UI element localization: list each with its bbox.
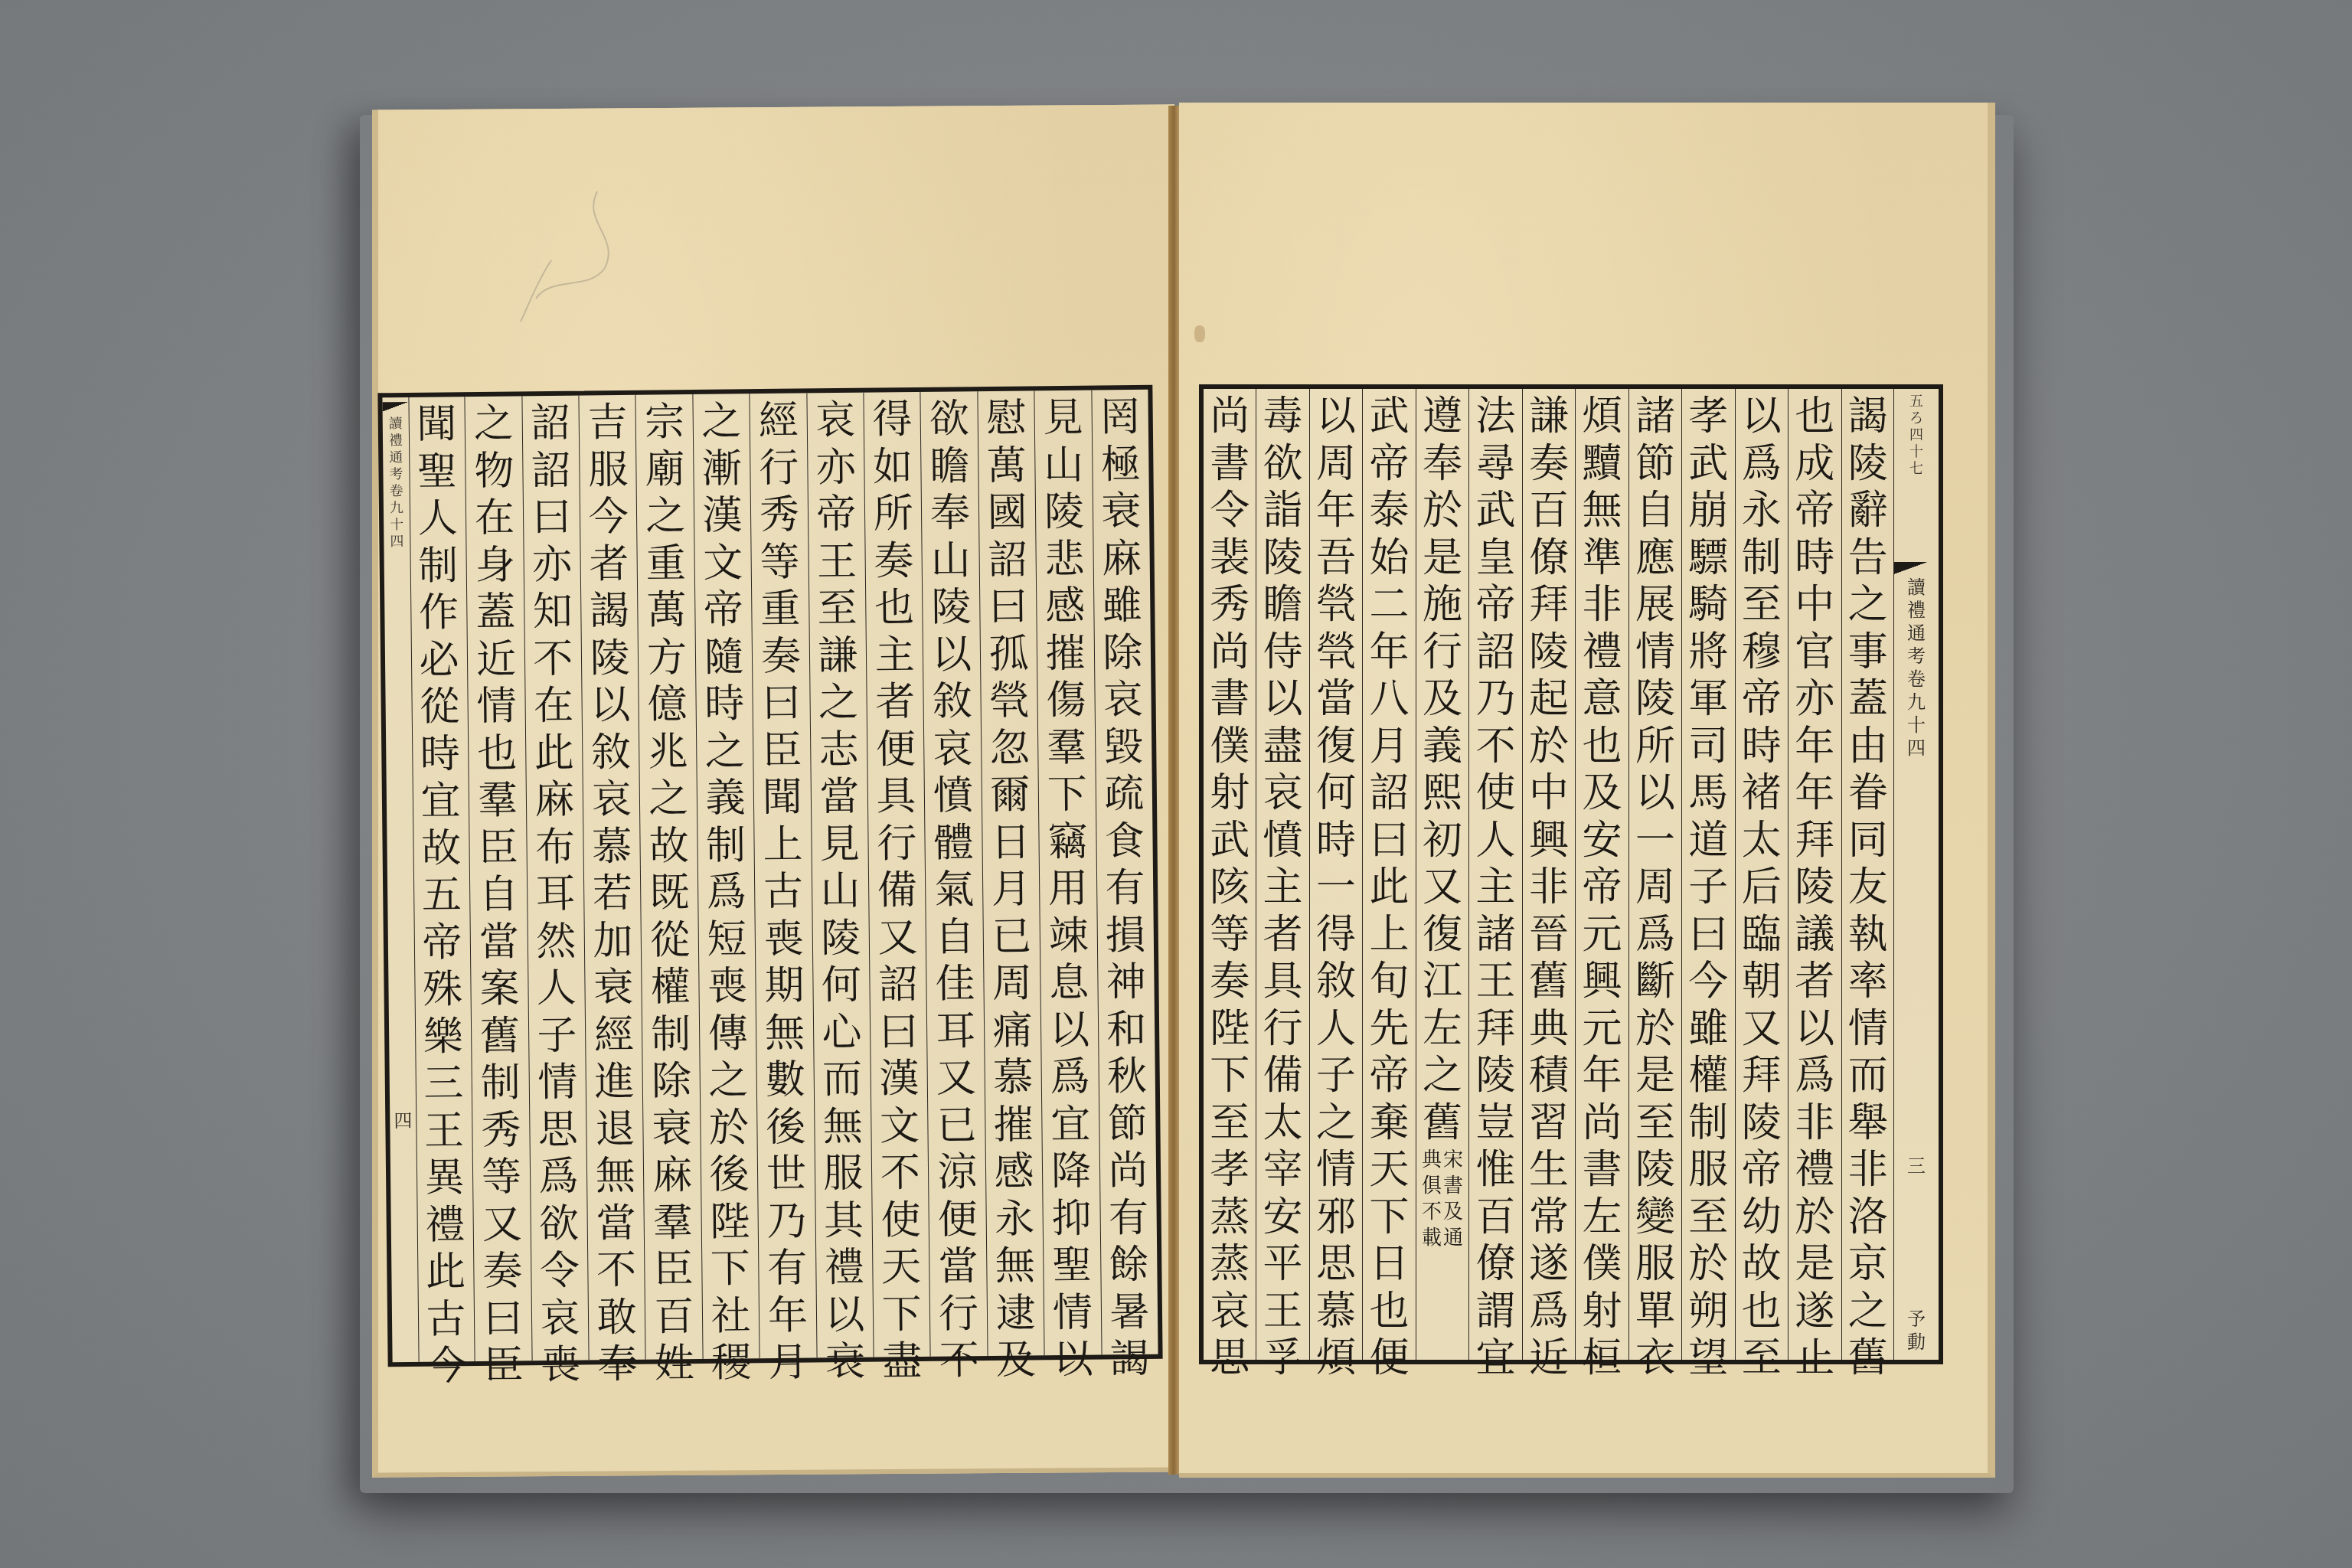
glyph: 由 bbox=[1842, 724, 1894, 771]
glyph: 四 bbox=[394, 1109, 412, 1132]
glyph: 之 bbox=[1842, 582, 1894, 629]
glyph: 臣 bbox=[645, 1246, 702, 1294]
glyph: 當 bbox=[588, 1200, 645, 1247]
glyph: 卷 bbox=[390, 483, 403, 500]
glyph: 舊 bbox=[1416, 1100, 1468, 1148]
glyph: 異 bbox=[416, 1155, 473, 1202]
glyph: 年 bbox=[1576, 1053, 1628, 1100]
glyph: 禮 bbox=[1788, 1147, 1841, 1194]
glyph: 制 bbox=[1736, 535, 1788, 583]
glyph: 此 bbox=[1363, 864, 1415, 912]
glyph: 當 bbox=[811, 774, 867, 822]
glyph: 加 bbox=[585, 917, 642, 965]
glyph: 子 bbox=[529, 1012, 586, 1060]
glyph: 使 bbox=[1469, 770, 1521, 818]
glyph: 爲 bbox=[530, 1154, 586, 1201]
glyph: 服 bbox=[1682, 1147, 1734, 1194]
glyph: 成 bbox=[1788, 441, 1841, 488]
glyph: 周 bbox=[984, 960, 1040, 1008]
glyph: 曰 bbox=[1363, 818, 1415, 865]
glyph: 無 bbox=[987, 1243, 1044, 1290]
glyph: 時 bbox=[1736, 724, 1788, 771]
glyph: 哀 bbox=[531, 1295, 588, 1342]
glyph: 詔 bbox=[870, 962, 926, 1009]
glyph: 太 bbox=[1256, 1100, 1308, 1148]
glyph: 遵 bbox=[1416, 394, 1468, 441]
glyph: 煩 bbox=[1576, 394, 1628, 441]
right-text-frame: 謁陵辭告之事蓋由眷同友執率情而舉非洛京之舊也成帝時中官亦年年拜陵議者以爲非禮於是… bbox=[1199, 384, 1943, 1364]
glyph: 極 bbox=[1093, 441, 1149, 488]
glyph: 制 bbox=[410, 543, 466, 590]
glyph: 五 bbox=[1909, 394, 1923, 410]
glyph: 侍 bbox=[1256, 629, 1308, 677]
glyph: 日 bbox=[1363, 1241, 1415, 1289]
glyph: 王 bbox=[1256, 1289, 1308, 1336]
glyph: 故 bbox=[1736, 1241, 1788, 1289]
glyph: 漢 bbox=[871, 1056, 928, 1103]
glyph: 二 bbox=[1363, 582, 1415, 629]
glyph: 帝 bbox=[1788, 488, 1841, 535]
glyph: 疏 bbox=[1096, 771, 1152, 818]
glyph: 下 bbox=[1204, 1053, 1256, 1100]
glyph: 麻 bbox=[644, 1152, 701, 1200]
left-margin-leaf-number: 四 bbox=[394, 1109, 412, 1132]
text-column: 慰萬國詔曰孤煢忽爾日月已周痛慕摧感永無逮及 bbox=[977, 390, 1044, 1356]
glyph: 通 bbox=[1907, 622, 1926, 645]
glyph: 瞻 bbox=[922, 443, 978, 491]
glyph: 考 bbox=[389, 466, 403, 483]
glyph: 拜 bbox=[1788, 818, 1841, 865]
glyph: 朝 bbox=[1736, 959, 1788, 1006]
glyph: 短 bbox=[698, 916, 755, 964]
glyph: 平 bbox=[1256, 1241, 1308, 1289]
glyph: 是 bbox=[1788, 1241, 1841, 1289]
glyph: 數 bbox=[757, 1057, 814, 1104]
glyph: 帝 bbox=[808, 492, 864, 539]
text-column: 毒欲詣陵瞻侍以盡哀憤主者具行備太宰安平王孚 bbox=[1256, 389, 1308, 1360]
glyph: 敘 bbox=[924, 678, 981, 726]
right-margin-top-note: 五ろ四十七 bbox=[1909, 394, 1923, 478]
glyph: 年 bbox=[1788, 724, 1841, 771]
text-column: 吉服今者謁陵以敘哀慕若加衰經進退無當不敢奉 bbox=[579, 395, 646, 1361]
glyph: 陵 bbox=[1788, 864, 1841, 912]
glyph: 衰 bbox=[817, 1339, 874, 1387]
glyph: 臣 bbox=[475, 1342, 532, 1390]
glyph: 令 bbox=[531, 1248, 588, 1295]
glyph: 億 bbox=[639, 681, 696, 729]
glyph: 姓 bbox=[646, 1341, 703, 1388]
glyph: 謙 bbox=[809, 632, 866, 680]
glyph: 羣 bbox=[469, 777, 526, 825]
glyph: 尋 bbox=[1469, 441, 1521, 488]
glyph: 喪 bbox=[699, 963, 756, 1011]
glyph: 動 bbox=[1907, 1331, 1926, 1354]
glyph: 故 bbox=[641, 823, 697, 871]
text-column: 煩黷無準非禮意也及安帝元興元年尚書左僕射桓 bbox=[1575, 389, 1628, 1360]
glyph: 以 bbox=[1736, 394, 1788, 441]
glyph: 所 bbox=[865, 491, 922, 538]
glyph: 考 bbox=[1907, 645, 1926, 668]
glyph: 亦 bbox=[524, 541, 580, 589]
glyph: 萬 bbox=[978, 443, 1035, 490]
glyph: 重 bbox=[638, 541, 694, 588]
glyph: 帝 bbox=[1736, 1147, 1788, 1194]
text-column: 謁陵辭告之事蓋由眷同友執率情而舉非洛京之舊 bbox=[1841, 389, 1894, 1360]
glyph: 者 bbox=[1788, 959, 1841, 1006]
glyph: 當 bbox=[471, 919, 528, 966]
glyph: 棄 bbox=[1363, 1100, 1415, 1148]
glyph: 非 bbox=[1842, 1147, 1894, 1194]
glyph: 萬 bbox=[639, 587, 695, 635]
glyph: 情 bbox=[469, 683, 525, 730]
glyph: 秀 bbox=[472, 1107, 529, 1155]
glyph: 便 bbox=[867, 726, 924, 773]
glyph: 常 bbox=[1523, 1194, 1575, 1242]
glyph: 尚 bbox=[1204, 629, 1256, 677]
left-text-frame: 讀禮通考卷九十四 四 罔極衰麻雖除哀毀疏食有損神和秋節尚有餘暑謁見山陵悲感摧傷羣… bbox=[377, 385, 1162, 1367]
glyph: 漸 bbox=[694, 446, 750, 493]
glyph: 樂 bbox=[415, 1014, 472, 1061]
glyph: 不 bbox=[872, 1150, 929, 1197]
glyph: 佳 bbox=[927, 961, 984, 1008]
glyph: 於 bbox=[701, 1105, 757, 1152]
glyph: 思 bbox=[1204, 1335, 1256, 1383]
glyph: 騎 bbox=[1682, 582, 1734, 629]
glyph: 武 bbox=[1204, 818, 1256, 865]
glyph: 興 bbox=[1523, 818, 1575, 865]
glyph: 損 bbox=[1097, 912, 1154, 959]
glyph: 慕 bbox=[985, 1054, 1041, 1102]
glyph: 麻 bbox=[526, 777, 583, 825]
glyph: 初 bbox=[1416, 818, 1468, 865]
glyph: 於 bbox=[1788, 1194, 1841, 1242]
glyph: 復 bbox=[1416, 912, 1468, 959]
glyph: 不 bbox=[588, 1247, 645, 1295]
glyph: 何 bbox=[1310, 770, 1362, 818]
glyph: 作 bbox=[410, 590, 467, 637]
glyph: 豈 bbox=[1469, 1100, 1521, 1148]
glyph: 帝 bbox=[695, 586, 752, 634]
glyph: 時 bbox=[412, 731, 469, 779]
glyph: 具 bbox=[868, 773, 925, 821]
glyph: 煢 bbox=[981, 678, 1037, 725]
glyph: 亦 bbox=[808, 444, 864, 492]
glyph: 三 bbox=[1907, 1155, 1926, 1178]
fish-tail-mark-icon bbox=[382, 402, 408, 416]
glyph: 衣 bbox=[1629, 1335, 1681, 1383]
glyph: 議 bbox=[1788, 912, 1841, 959]
glyph: 僕 bbox=[1204, 724, 1256, 771]
glyph: 自 bbox=[470, 871, 527, 919]
right-margin-bottom-note: 予動 bbox=[1907, 1308, 1926, 1354]
glyph: 臨 bbox=[1736, 912, 1788, 959]
glyph: 習 bbox=[1523, 1100, 1575, 1148]
glyph: 崩 bbox=[1682, 488, 1734, 535]
glyph: 陵 bbox=[1736, 1100, 1788, 1148]
glyph: 又 bbox=[1416, 864, 1468, 912]
glyph: 哀 bbox=[1095, 677, 1151, 724]
glyph: 詔 bbox=[523, 447, 580, 495]
glyph: 武 bbox=[1682, 441, 1734, 488]
glyph: 十 bbox=[1909, 444, 1923, 461]
glyph: 憤 bbox=[925, 773, 982, 820]
glyph: 無 bbox=[756, 1010, 813, 1057]
glyph: 得 bbox=[1310, 912, 1362, 959]
glyph: 八 bbox=[1363, 676, 1415, 724]
glyph: 準 bbox=[1576, 535, 1628, 583]
glyph: 以 bbox=[923, 632, 980, 679]
glyph: 十 bbox=[390, 517, 403, 534]
glyph: 之 bbox=[640, 776, 697, 823]
glyph: 之 bbox=[637, 493, 694, 541]
glyph: 重 bbox=[752, 586, 808, 633]
glyph: 以 bbox=[816, 1292, 873, 1339]
glyph: 摧 bbox=[1037, 630, 1094, 678]
glyph: 情 bbox=[1044, 1289, 1101, 1337]
glyph: 年 bbox=[1363, 629, 1415, 677]
glyph: 書 bbox=[1443, 1173, 1463, 1199]
glyph: 經 bbox=[586, 1011, 642, 1059]
glyph: 雖 bbox=[1094, 583, 1151, 630]
glyph: 瞻 bbox=[1256, 582, 1308, 629]
glyph: 不 bbox=[1422, 1199, 1442, 1225]
glyph: 哀 bbox=[924, 726, 981, 773]
glyph: 以 bbox=[1788, 1006, 1841, 1053]
glyph: 當 bbox=[929, 1243, 986, 1291]
glyph: 服 bbox=[815, 1151, 871, 1198]
glyph: 秀 bbox=[1204, 582, 1256, 629]
glyph: 身 bbox=[467, 542, 524, 590]
glyph: 備 bbox=[869, 867, 926, 915]
glyph: 義 bbox=[697, 775, 753, 822]
glyph: 制 bbox=[697, 822, 754, 870]
glyph: 始 bbox=[1363, 535, 1415, 583]
glyph: 又 bbox=[1736, 1006, 1788, 1053]
glyph: 幼 bbox=[1736, 1194, 1788, 1242]
glyph: 食 bbox=[1096, 818, 1153, 865]
glyph: 下 bbox=[1039, 772, 1096, 819]
glyph: 射 bbox=[1576, 1289, 1628, 1336]
glyph: 制 bbox=[472, 1060, 529, 1107]
glyph: 月 bbox=[983, 866, 1040, 913]
glyph: 令 bbox=[1204, 488, 1256, 535]
glyph: 情 bbox=[1629, 629, 1681, 677]
note-subcolumn: 典俱不載 bbox=[1422, 1147, 1442, 1251]
glyph: 驃 bbox=[1682, 535, 1734, 583]
glyph: 思 bbox=[530, 1106, 586, 1154]
glyph: 非 bbox=[1788, 1100, 1841, 1148]
text-column: 以爲永制至穆帝時褚太后臨朝又拜陵帝幼故也至 bbox=[1735, 389, 1788, 1360]
glyph: 羣 bbox=[1038, 724, 1095, 772]
glyph: 乃 bbox=[759, 1198, 815, 1246]
glyph: 帝 bbox=[1736, 676, 1788, 724]
glyph: 情 bbox=[1310, 1147, 1362, 1194]
glyph: 耳 bbox=[528, 871, 584, 919]
glyph: 降 bbox=[1043, 1148, 1099, 1196]
glyph: 欲 bbox=[1256, 441, 1308, 488]
glyph: 奏 bbox=[865, 537, 922, 585]
right-margin-title: 讀禮通考卷九十四 bbox=[1907, 576, 1926, 759]
glyph: 於 bbox=[1682, 1241, 1734, 1289]
glyph: 九 bbox=[390, 500, 403, 517]
glyph: 及 bbox=[988, 1337, 1044, 1384]
glyph: 奏 bbox=[753, 633, 809, 681]
glyph: 天 bbox=[1363, 1147, 1415, 1194]
glyph: 執 bbox=[1842, 912, 1894, 959]
glyph: 將 bbox=[1682, 629, 1734, 677]
glyph: 時 bbox=[696, 681, 753, 728]
glyph: 陵 bbox=[1469, 1053, 1521, 1100]
glyph: 而 bbox=[1842, 1053, 1894, 1100]
glyph: 暑 bbox=[1101, 1289, 1158, 1336]
glyph: 聞 bbox=[754, 774, 811, 822]
glyph: 變 bbox=[1629, 1194, 1681, 1242]
glyph: 望 bbox=[1682, 1335, 1734, 1383]
glyph: 眷 bbox=[1842, 770, 1894, 818]
glyph: 人 bbox=[528, 965, 585, 1013]
glyph: 以 bbox=[1629, 770, 1681, 818]
right-page-center-margin: 五ろ四十七 讀禮通考卷九十四 三 予動 bbox=[1893, 389, 1939, 1360]
glyph: 蓋 bbox=[1842, 676, 1894, 724]
glyph: 禮 bbox=[389, 433, 403, 449]
glyph: 興 bbox=[1576, 959, 1628, 1006]
glyph: 三 bbox=[415, 1060, 472, 1108]
text-column: 見山陵悲感摧傷羣下竊用竦息以爲宜降抑聖情以 bbox=[1034, 390, 1102, 1356]
glyph: 主 bbox=[867, 632, 923, 679]
right-margin-leaf-number: 三 bbox=[1907, 1155, 1926, 1178]
glyph: 尚 bbox=[1099, 1148, 1156, 1195]
glyph: 左 bbox=[1576, 1194, 1628, 1242]
glyph: 退 bbox=[586, 1106, 643, 1153]
glyph: 吾 bbox=[1310, 535, 1362, 583]
glyph: 行 bbox=[750, 445, 807, 492]
glyph: 羣 bbox=[645, 1199, 701, 1246]
glyph: 子 bbox=[1682, 864, 1734, 912]
glyph: 十 bbox=[1907, 714, 1926, 737]
glyph: 曰 bbox=[1682, 912, 1734, 959]
glyph: 心 bbox=[813, 1009, 870, 1057]
glyph: 宰 bbox=[1256, 1147, 1308, 1194]
glyph: 舊 bbox=[1842, 1335, 1894, 1383]
glyph: 帝 bbox=[413, 920, 470, 967]
glyph: 見 bbox=[1035, 395, 1092, 443]
glyph: 山 bbox=[1035, 442, 1092, 489]
glyph: 悲 bbox=[1037, 536, 1093, 583]
glyph: 聞 bbox=[408, 401, 465, 449]
glyph: 權 bbox=[1682, 1053, 1734, 1100]
glyph: 太 bbox=[1736, 818, 1788, 865]
glyph: 帝 bbox=[1363, 441, 1415, 488]
glyph: 以 bbox=[1256, 676, 1308, 724]
glyph: 和 bbox=[1098, 1006, 1155, 1053]
glyph: 遂 bbox=[1523, 1241, 1575, 1289]
glyph: 陵 bbox=[1629, 1147, 1681, 1194]
glyph: 忽 bbox=[982, 725, 1038, 773]
glyph: 典 bbox=[1523, 1006, 1575, 1053]
glyph: 已 bbox=[929, 1102, 985, 1150]
glyph: 拜 bbox=[1469, 1006, 1521, 1053]
glyph: 節 bbox=[1629, 441, 1681, 488]
glyph: 布 bbox=[527, 824, 583, 871]
glyph: 臣 bbox=[753, 727, 810, 775]
glyph: 宜 bbox=[1042, 1101, 1099, 1148]
glyph: 永 bbox=[1736, 488, 1788, 535]
glyph: 曰 bbox=[475, 1295, 531, 1343]
glyph: 爲 bbox=[698, 869, 755, 916]
glyph: 使 bbox=[872, 1197, 929, 1244]
glyph: 傳 bbox=[700, 1011, 756, 1058]
glyph: 宗 bbox=[636, 399, 693, 446]
glyph: 奉 bbox=[1416, 441, 1468, 488]
glyph: 應 bbox=[1629, 535, 1681, 583]
left-text-columns: 罔極衰麻雖除哀毀疏食有損神和秋節尚有餘暑謁見山陵悲感摧傷羣下竊用竦息以爲宜降抑聖… bbox=[408, 390, 1158, 1362]
glyph: 陵 bbox=[1629, 676, 1681, 724]
glyph: 宜 bbox=[1469, 1335, 1521, 1383]
glyph: 物 bbox=[465, 448, 522, 495]
glyph: 射 bbox=[1204, 770, 1256, 818]
glyph: 斷 bbox=[1629, 959, 1681, 1006]
glyph: 主 bbox=[1469, 864, 1521, 912]
glyph: 山 bbox=[812, 868, 869, 916]
glyph: 抑 bbox=[1044, 1195, 1100, 1243]
glyph: 隨 bbox=[696, 634, 753, 681]
glyph: 者 bbox=[867, 679, 923, 727]
glyph: 書 bbox=[1204, 676, 1256, 724]
glyph: 舊 bbox=[472, 1013, 528, 1060]
glyph: 煩 bbox=[1310, 1335, 1362, 1383]
glyph: 陵 bbox=[1256, 535, 1308, 583]
glyph: 奏 bbox=[1523, 441, 1575, 488]
text-column: 謙奏百僚拜陵起於中興非晉舊典積習生常遂爲近 bbox=[1522, 389, 1575, 1360]
glyph: 此 bbox=[526, 730, 583, 777]
glyph: 煢 bbox=[1310, 582, 1362, 629]
glyph: 敘 bbox=[1310, 959, 1362, 1006]
glyph: 氣 bbox=[926, 867, 982, 914]
glyph: 雖 bbox=[1682, 1006, 1734, 1053]
glyph: 人 bbox=[1310, 1006, 1362, 1053]
glyph: 孤 bbox=[980, 631, 1037, 678]
glyph: 至 bbox=[1682, 1194, 1734, 1242]
text-column: 武帝泰始二年八月詔曰此上旬先帝棄天下日也便 bbox=[1362, 389, 1415, 1360]
glyph: 陛 bbox=[701, 1199, 758, 1246]
glyph: 無 bbox=[1576, 488, 1628, 535]
glyph: 等 bbox=[1204, 912, 1256, 959]
glyph: 欲 bbox=[921, 396, 978, 443]
glyph: 社 bbox=[703, 1293, 759, 1341]
glyph: 而 bbox=[814, 1057, 871, 1104]
glyph: 年 bbox=[759, 1292, 816, 1340]
glyph: 爲 bbox=[1788, 1053, 1841, 1100]
glyph: 通 bbox=[1443, 1225, 1463, 1251]
glyph: 孝 bbox=[1204, 1147, 1256, 1194]
text-column: 法尋武皇帝詔乃不使人主諸王拜陵豈惟百僚謂宜 bbox=[1468, 389, 1521, 1360]
glyph: 展 bbox=[1629, 582, 1681, 629]
glyph: 洛 bbox=[1842, 1194, 1894, 1242]
glyph: 俱 bbox=[1422, 1173, 1442, 1199]
glyph: 人 bbox=[410, 495, 466, 543]
glyph: 義 bbox=[1416, 724, 1468, 771]
glyph: 下 bbox=[1363, 1194, 1415, 1242]
glyph: 下 bbox=[702, 1246, 759, 1293]
text-column: 也成帝時中官亦年年拜陵議者以爲非禮於是遂止 bbox=[1788, 389, 1841, 1360]
glyph: 武 bbox=[1469, 488, 1521, 535]
glyph: 詔 bbox=[979, 537, 1036, 584]
glyph: 已 bbox=[983, 913, 1040, 961]
glyph: 思 bbox=[1310, 1241, 1362, 1289]
glyph: 廟 bbox=[637, 446, 694, 494]
text-column: 經行秀等重奏曰臣聞上古喪期無數後世乃有年月 bbox=[750, 393, 817, 1358]
glyph: 不 bbox=[931, 1338, 988, 1385]
